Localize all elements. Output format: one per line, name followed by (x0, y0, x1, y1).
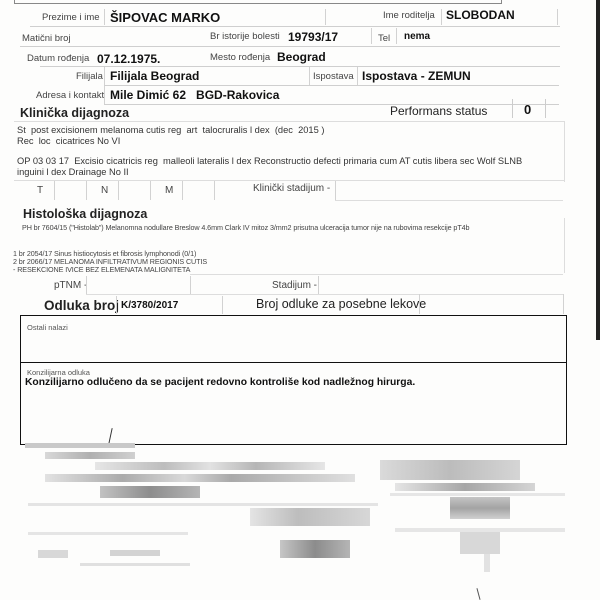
divider (104, 85, 559, 86)
redacted-stamp-block (460, 532, 500, 554)
redacted-signature-block (45, 474, 355, 482)
divider (104, 9, 105, 25)
divider (86, 294, 563, 295)
office-value: Ispostava - ZEMUN (362, 69, 471, 83)
divider (371, 28, 372, 44)
divider (190, 276, 191, 294)
decision-number-value: K/3780/2017 (121, 300, 178, 311)
clinical-stage-label: Klinički stadijum - (253, 183, 330, 194)
redacted-signature-block (28, 532, 188, 535)
council-decision-label: Konzilijarna odluka (27, 368, 90, 377)
divider (104, 67, 105, 85)
divider (54, 181, 55, 200)
redacted-stamp-block (380, 460, 520, 480)
divider (214, 181, 215, 200)
n-label: N (101, 185, 108, 196)
redacted-signature-block (25, 443, 135, 448)
redacted-signature-block (100, 486, 200, 498)
tel-value: nema (404, 31, 430, 42)
branch-value: Filijala Beograd (110, 69, 199, 83)
divider (86, 181, 87, 200)
redacted-signature-block (80, 563, 190, 566)
parent-label: Ime roditelja (383, 10, 435, 21)
dob-value: 07.12.1975. (97, 52, 160, 66)
divider (396, 28, 397, 44)
divider (118, 181, 119, 200)
special-drugs-label: Broj odluke za posebne lekove (256, 297, 426, 311)
histology-stage-label: Stadijum - (272, 280, 317, 291)
history-label: Br istorije bolesti (210, 31, 280, 42)
divider (309, 67, 310, 85)
divider (150, 181, 151, 200)
tel-label: Tel (378, 33, 390, 44)
clinical-diagnosis-title: Klinička dijagnoza (20, 106, 129, 120)
redacted-signature-block (38, 550, 68, 558)
divider (190, 274, 563, 275)
decision-number-label: Odluka broj (44, 298, 119, 313)
branch-label: Filijala (76, 71, 103, 82)
divider (557, 9, 558, 25)
pen-mark (476, 588, 480, 600)
redacted-stamp-block (390, 493, 565, 496)
name-label: Prezime i ime (42, 12, 100, 23)
histology-line: PH br 7604/15 ("Histolab") Melanomna nod… (22, 224, 469, 233)
divider (116, 296, 117, 314)
ptnm-label: pTNM - (54, 280, 87, 291)
patient-name: ŠIPOVAC MARKO (110, 10, 220, 25)
divider (222, 296, 223, 314)
performance-status-value: 0 (524, 102, 531, 117)
redacted-signature-block (110, 550, 160, 556)
clinical-line: Rec loc cicatrices No VI (17, 136, 120, 147)
dob-label: Datum rođenja (27, 53, 89, 64)
divider (335, 200, 563, 201)
divider (182, 181, 183, 200)
divider (563, 294, 564, 314)
divider (20, 46, 560, 47)
redacted-signature-block (280, 540, 350, 558)
divider (86, 276, 87, 294)
clinical-line: St post excisionem melanoma cutis reg ar… (17, 125, 324, 136)
clinical-line: inguini l dex Drainage No II (17, 167, 129, 178)
other-findings-box: Ostali nalazi (20, 315, 567, 363)
divider (325, 9, 326, 25)
m-label: M (165, 185, 173, 196)
divider (104, 104, 559, 105)
divider (30, 26, 560, 27)
divider (357, 67, 358, 85)
pob-label: Mesto rođenja (210, 52, 270, 63)
redacted-stamp-block (395, 483, 535, 491)
divider (318, 276, 319, 294)
divider (14, 180, 564, 181)
other-findings-label: Ostali nalazi (27, 323, 68, 332)
divider (419, 294, 420, 314)
clinical-line: OP 03 03 17 Excisio cicatricis reg malle… (17, 156, 522, 167)
pob-value: Beograd (277, 50, 326, 64)
redacted-signature-block (95, 462, 325, 470)
divider (40, 66, 560, 67)
address-value: Mile Dimić 62 BGD-Rakovica (110, 88, 279, 102)
divider (104, 86, 105, 104)
histology-line: - RESEKCIONE IVICE BEZ ELEMENATA MALIGNI… (13, 266, 190, 275)
t-label: T (37, 185, 43, 196)
office-label: Ispostava (313, 71, 354, 82)
redacted-signature-block (45, 452, 135, 459)
divider (335, 181, 336, 200)
header-box (14, 0, 502, 4)
history-number: 19793/17 (288, 30, 338, 44)
redacted-stamp-block (484, 554, 490, 572)
page-edge (596, 0, 600, 340)
performance-status-label: Performans status (390, 104, 487, 118)
redacted-stamp-block (450, 497, 510, 519)
id-label: Matični broj (22, 33, 71, 44)
redacted-signature-block (250, 508, 370, 526)
redacted-signature-block (28, 503, 378, 506)
parent-name: SLOBODAN (446, 8, 515, 22)
council-decision-text: Konzilijarno odlučeno da se pacijent red… (25, 377, 415, 388)
council-decision-box: Konzilijarna odluka Konzilijarno odlučen… (20, 362, 567, 445)
address-label: Adresa i kontakt (36, 90, 104, 101)
divider (441, 9, 442, 25)
